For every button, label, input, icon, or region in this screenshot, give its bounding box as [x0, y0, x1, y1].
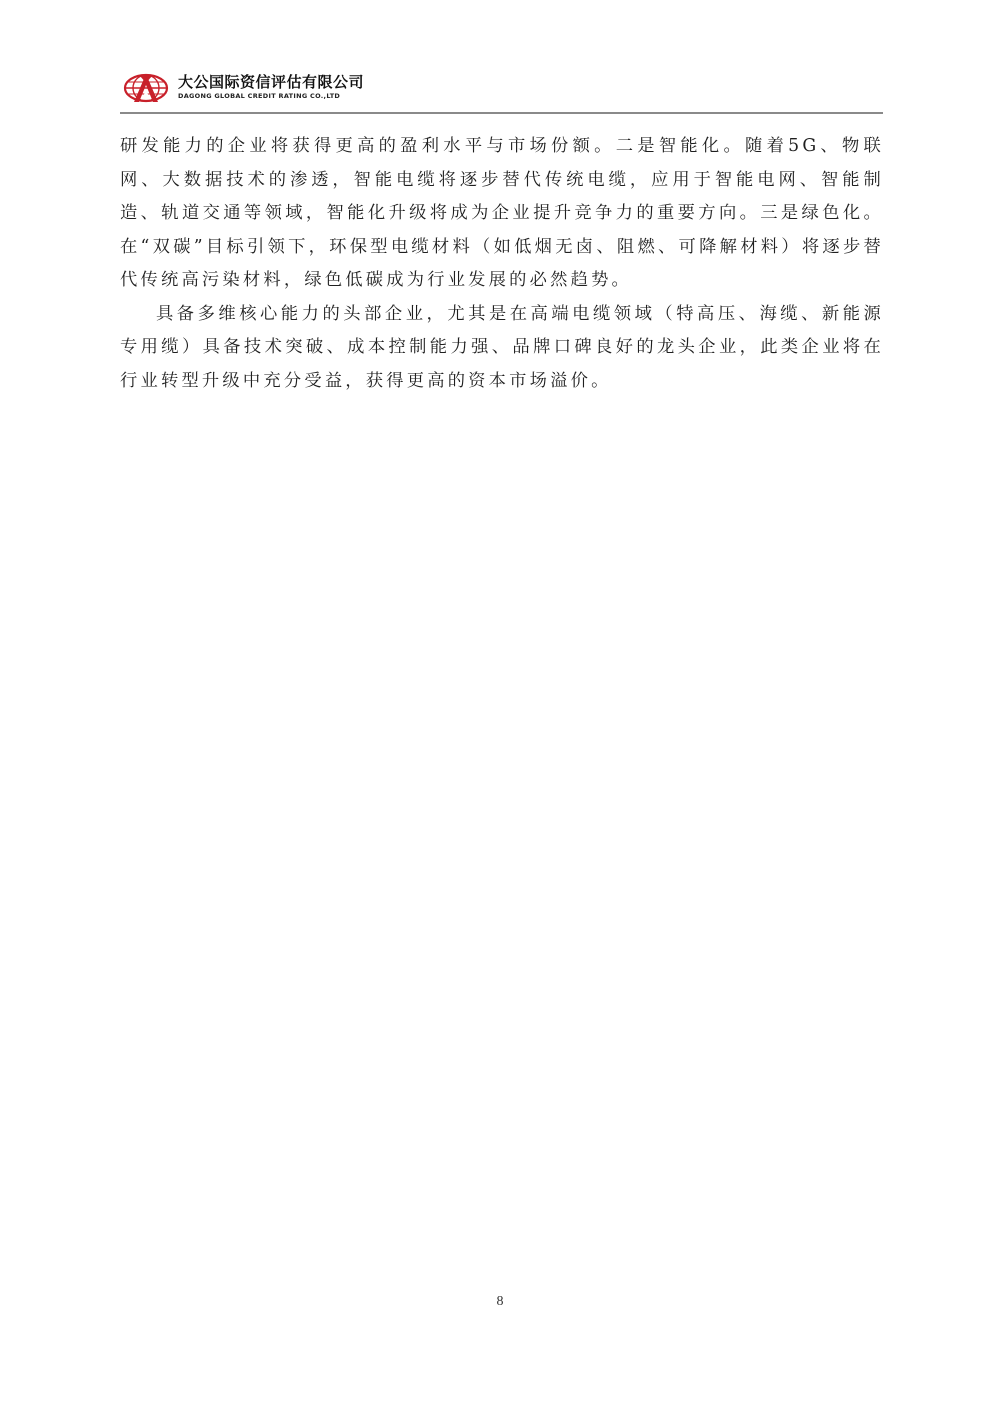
page-number: 8 [0, 1294, 1000, 1310]
header-divider [120, 112, 883, 114]
paragraph-1: 研发能力的企业将获得更高的盈利水平与市场份额。二是智能化。随着5G、物联网、大数… [120, 130, 884, 298]
paragraph-2: 具备多维核心能力的头部企业，尤其是在高端电缆领域（特高压、海缆、新能源专用缆）具… [120, 298, 884, 399]
company-name-cn: 大公国际资信评估有限公司 [178, 73, 364, 91]
page-header: 大公国际资信评估有限公司 DAGONG GLOBAL CREDIT RATING… [120, 70, 883, 114]
company-name-en: DAGONG GLOBAL CREDIT RATING CO.,LTD [178, 91, 364, 101]
company-brand: 大公国际资信评估有限公司 DAGONG GLOBAL CREDIT RATING… [178, 73, 364, 101]
dagong-logo-icon [123, 72, 169, 104]
document-body: 研发能力的企业将获得更高的盈利水平与市场份额。二是智能化。随着5G、物联网、大数… [120, 130, 884, 398]
